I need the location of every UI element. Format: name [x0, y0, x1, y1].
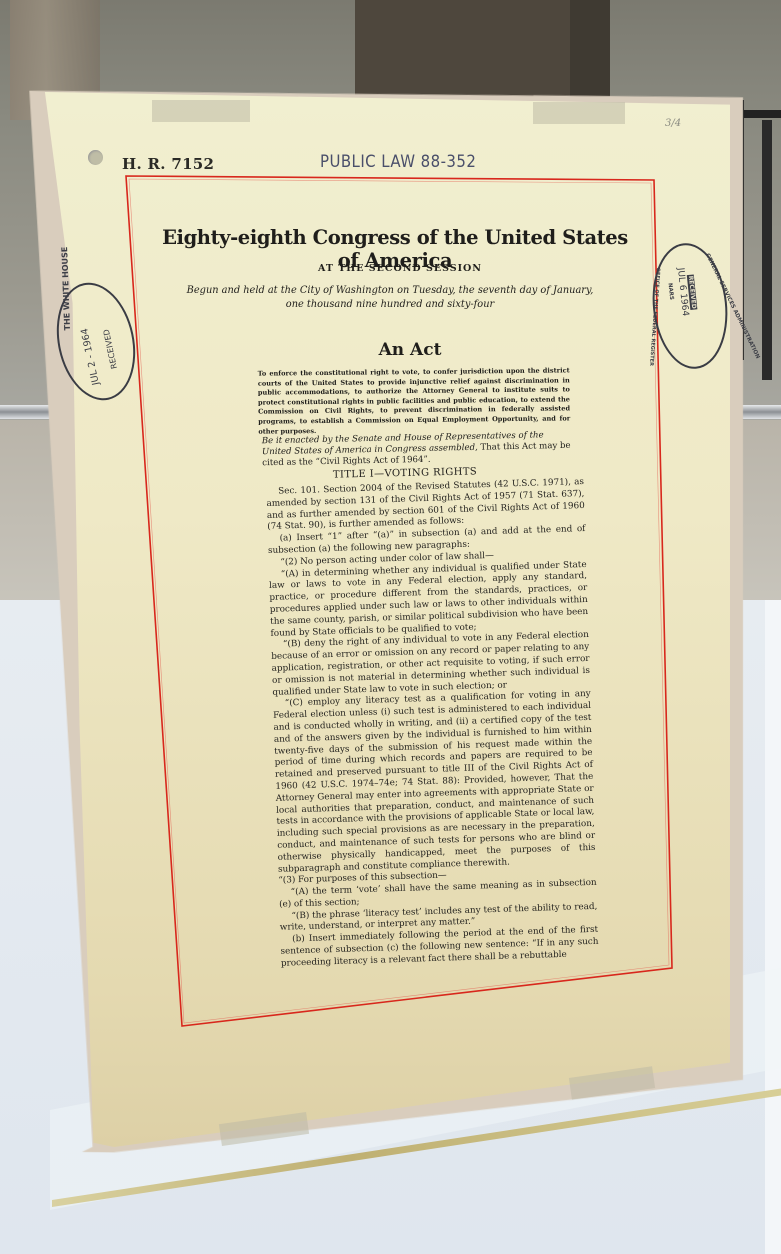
pencil-note: 3/4	[665, 118, 681, 129]
mounting-tab	[152, 100, 250, 122]
punch-hole	[88, 150, 103, 165]
enacting-clause: Be it enacted by the Senate and House of…	[262, 430, 577, 470]
paragraph: “(A) in determining whether any individu…	[269, 560, 589, 641]
act-heading: An Act	[300, 340, 520, 360]
begun-line-1: Begun and held at the City of Washington…	[180, 284, 600, 298]
stamp-agency: NARS	[667, 283, 675, 301]
stamp-date: JUL 2 - 1964	[79, 327, 102, 386]
begun-line: Begun and held at the City of Washington…	[180, 284, 600, 312]
purpose-clause: To enforce the constitutional right to v…	[258, 366, 571, 436]
session-line: AT THE SECOND SESSION	[200, 263, 600, 274]
stamp-status: RECEIVED	[102, 328, 119, 369]
bill-number: H. R. 7152	[122, 155, 214, 173]
begun-line-2: one thousand nine hundred and sixty-four	[180, 298, 600, 312]
paragraph: “(C) employ any literacy test as a quali…	[273, 689, 596, 876]
mounting-tab	[533, 102, 625, 124]
display-case-edge	[765, 600, 781, 1254]
public-law-stamp: PUBLIC LAW 88-352	[320, 152, 476, 172]
section-101: Sec. 101. Section 2004 of the Revised St…	[266, 477, 599, 970]
paragraph: “(B) deny the right of any individual to…	[271, 630, 591, 699]
